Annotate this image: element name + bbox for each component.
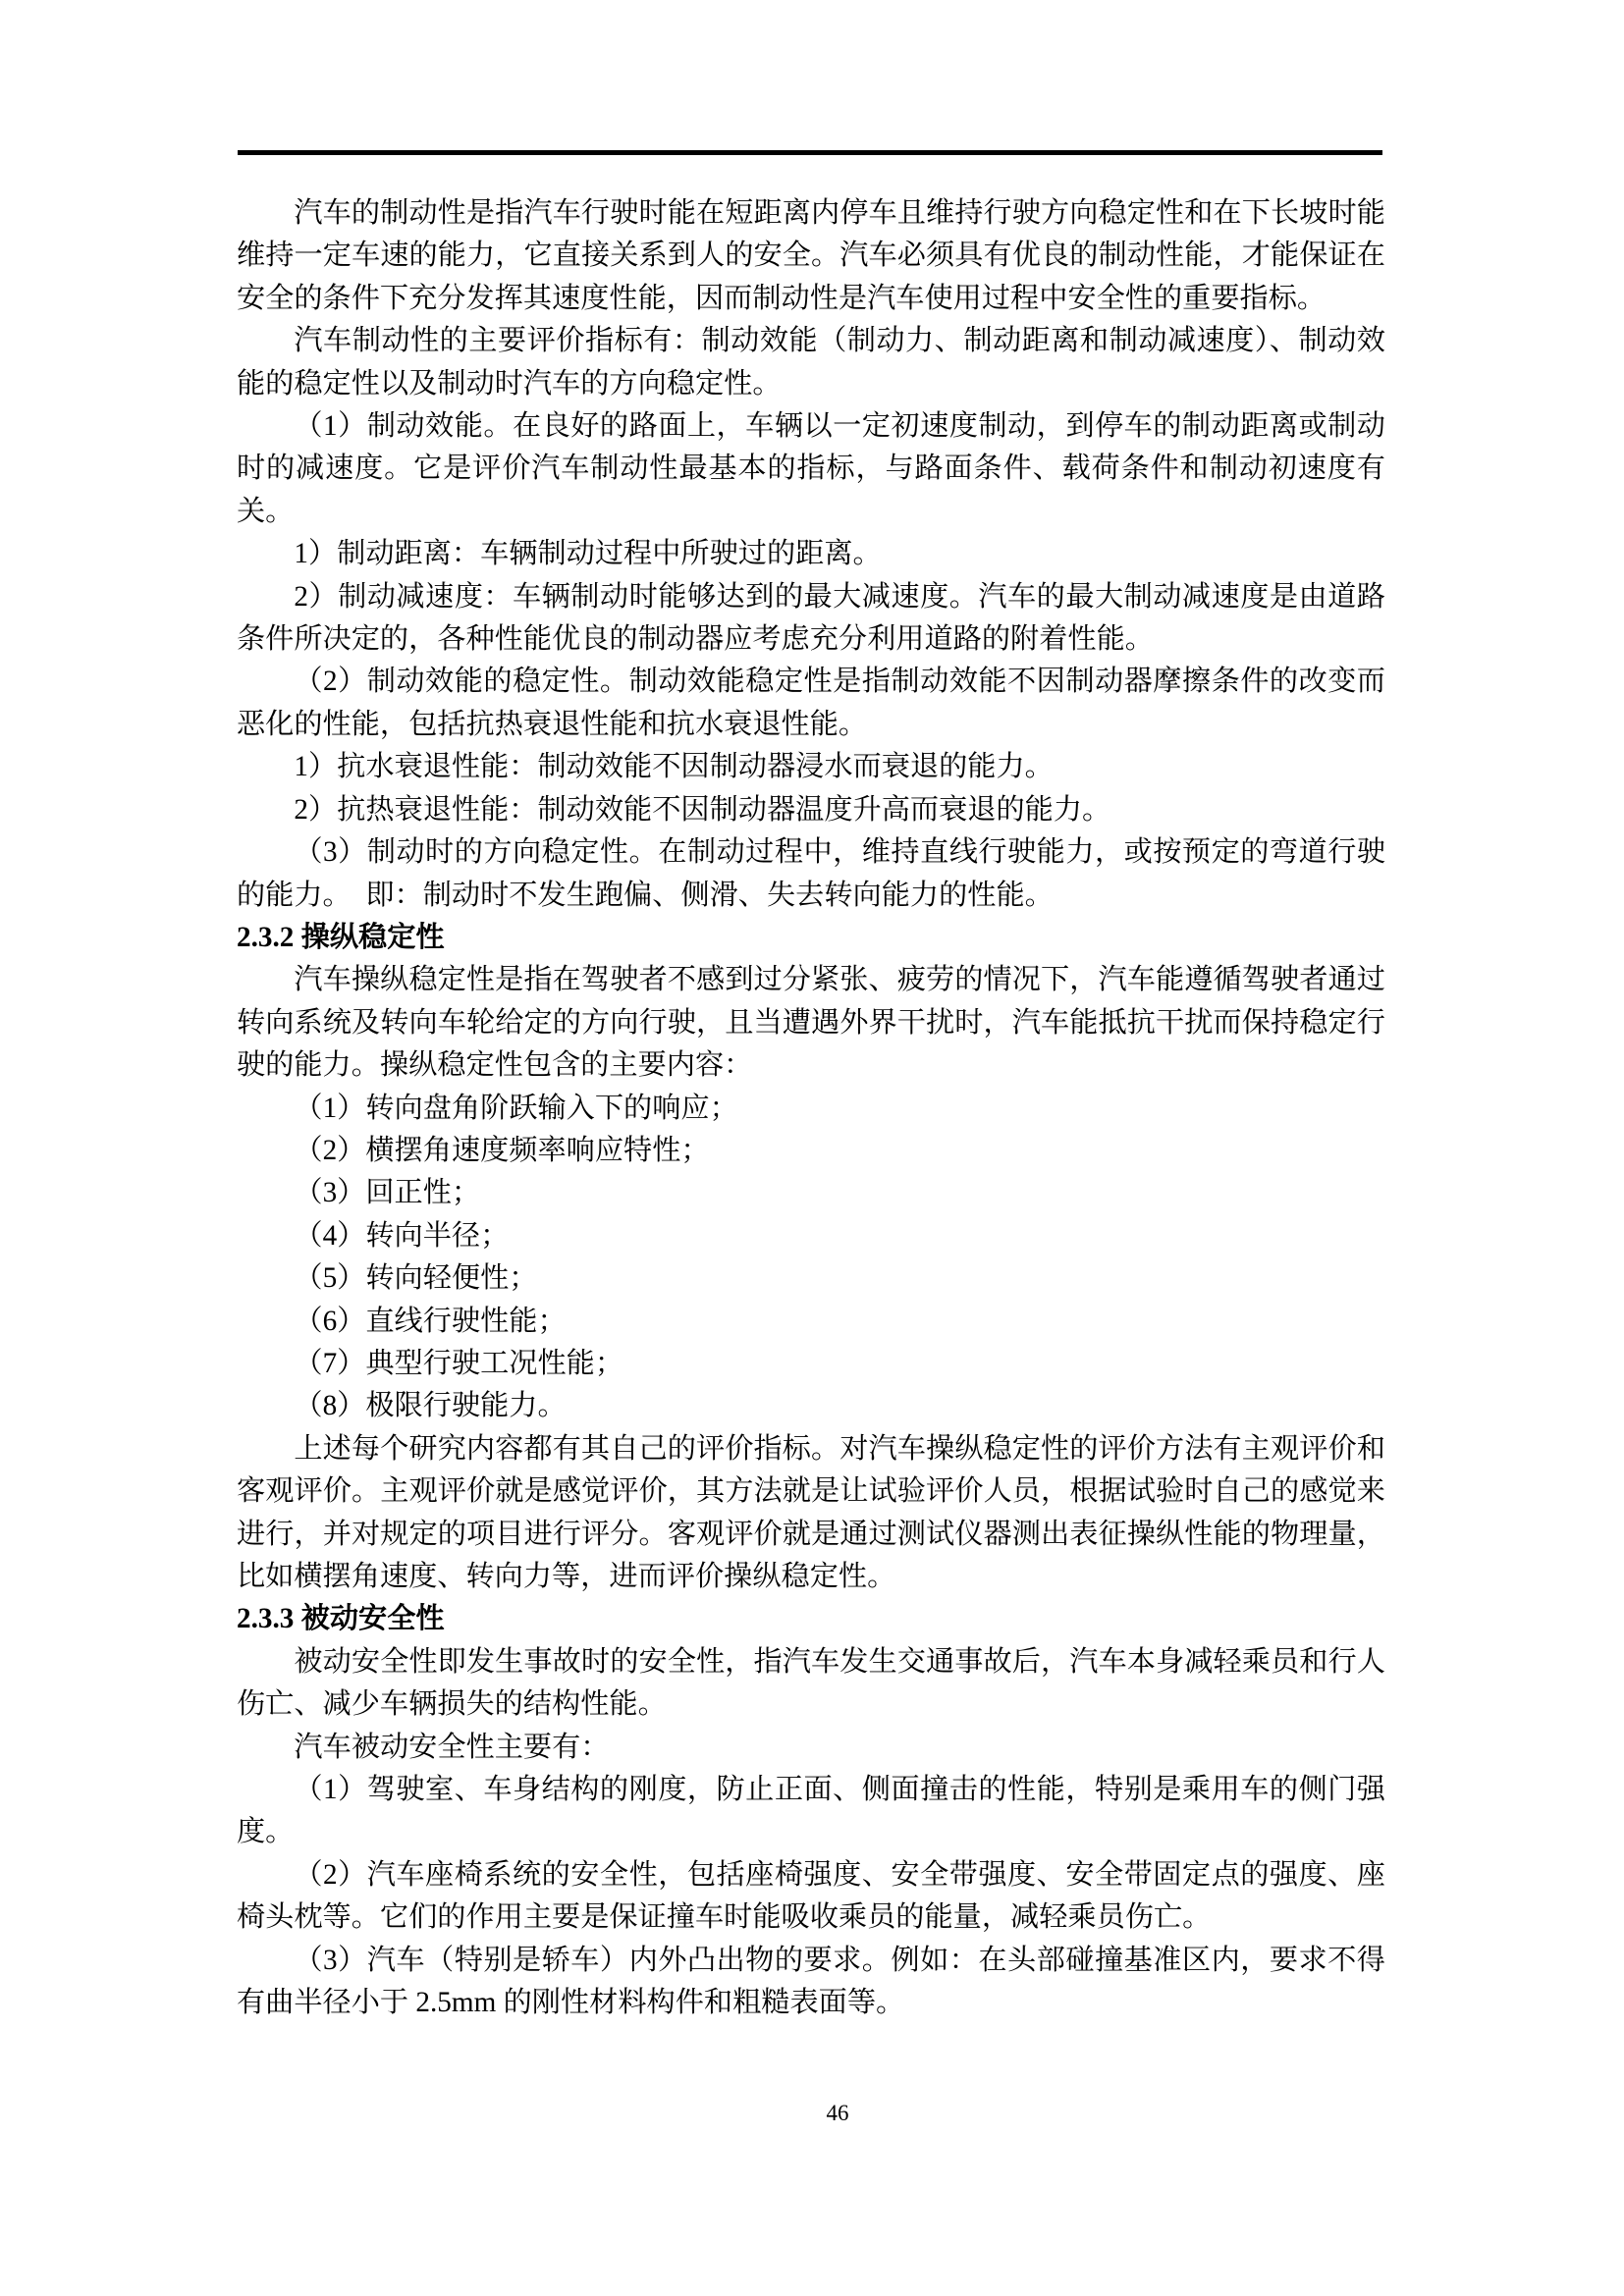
paragraph: 汽车制动性的主要评价指标有：制动效能（制动力、制动距离和制动减速度）、制动效能的… [237,320,1385,405]
paragraph: （8）极限行驶能力。 [237,1385,1385,1427]
paragraph: 2）制动减速度：车辆制动时能够达到的最大减速度。汽车的最大制动减速度是由道路条件… [237,576,1385,662]
paragraph: 2）抗热衰退性能：制动效能不因制动器温度升高而衰退的能力。 [237,789,1385,831]
paragraph: （2）汽车座椅系统的安全性，包括座椅强度、安全带强度、安全带固定点的强度、座椅头… [237,1854,1385,1940]
paragraph: （1）转向盘角阶跃输入下的响应； [237,1088,1385,1130]
paragraph: （3）制动时的方向稳定性。在制动过程中，维持直线行驶能力，或按预定的弯道行驶的能… [237,831,1385,917]
paragraph: 1）制动距离：车辆制动过程中所驶过的距离。 [237,533,1385,575]
paragraph: （1）制动效能。在良好的路面上，车辆以一定初速度制动，到停车的制动距离或制动时的… [237,405,1385,533]
header-rule [238,150,1382,155]
page-number: 46 [779,2099,896,2128]
paragraph: 上述每个研究内容都有其自己的评价指标。对汽车操纵稳定性的评价方法有主观评价和客观… [237,1428,1385,1599]
paragraph: （6）直线行驶性能； [237,1301,1385,1343]
paragraph: （7）典型行驶工况性能； [237,1343,1385,1385]
document-body: 汽车的制动性是指汽车行驶时能在短距离内停车且维持行驶方向稳定性和在下长坡时能维持… [237,192,1385,2024]
paragraph: 汽车操纵稳定性是指在驾驶者不感到过分紧张、疲劳的情况下，汽车能遵循驾驶者通过转向… [237,959,1385,1087]
paragraph: （3）汽车（特别是轿车）内外凸出物的要求。例如：在头部碰撞基准区内，要求不得有曲… [237,1940,1385,2025]
section-heading: 2.3.3 被动安全性 [237,1598,1385,1640]
document-page: 汽车的制动性是指汽车行驶时能在短距离内停车且维持行驶方向稳定性和在下长坡时能维持… [0,0,1624,2296]
paragraph: 汽车被动安全性主要有： [237,1727,1385,1769]
paragraph: 1）抗水衰退性能：制动效能不因制动器浸水而衰退的能力。 [237,746,1385,788]
paragraph: （1）驾驶室、车身结构的刚度，防止正面、侧面撞击的性能，特别是乘用车的侧门强度。 [237,1769,1385,1854]
paragraph: （4）转向半径； [237,1215,1385,1257]
paragraph: 被动安全性即发生事故时的安全性，指汽车发生交通事故后，汽车本身减轻乘员和行人伤亡… [237,1641,1385,1727]
paragraph: （3）回正性； [237,1172,1385,1214]
paragraph: （2）横摆角速度频率响应特性； [237,1130,1385,1172]
paragraph: （5）转向轻便性； [237,1257,1385,1300]
paragraph: 汽车的制动性是指汽车行驶时能在短距离内停车且维持行驶方向稳定性和在下长坡时能维持… [237,192,1385,320]
section-heading: 2.3.2 操纵稳定性 [237,917,1385,959]
paragraph: （2）制动效能的稳定性。制动效能稳定性是指制动效能不因制动器摩擦条件的改变而恶化… [237,661,1385,746]
